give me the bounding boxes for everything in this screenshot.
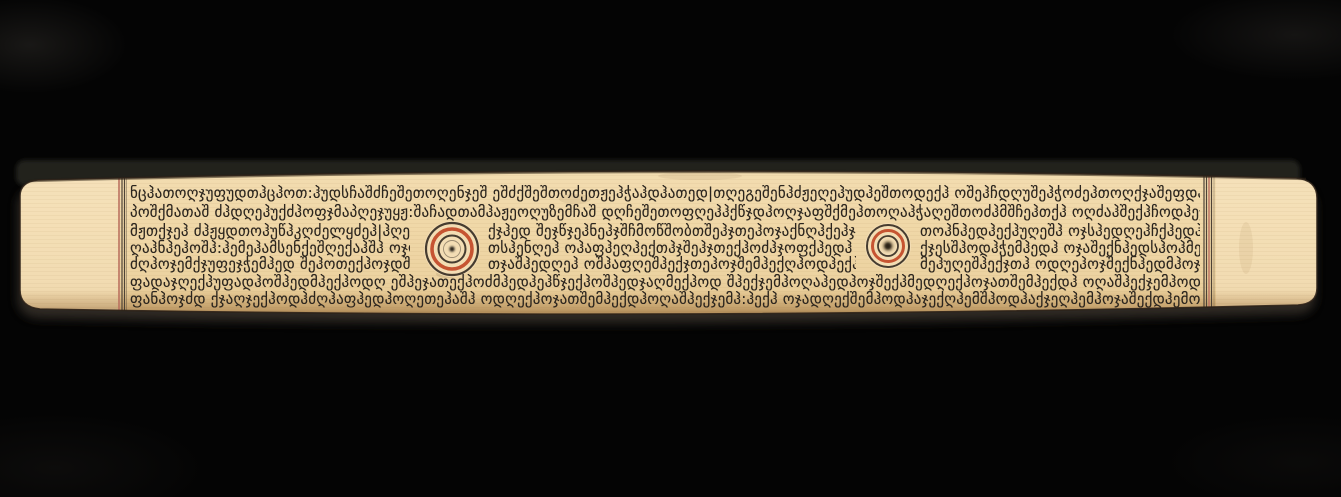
text-segment: თჯაშჰედღეჰ ოშჰაფღეშჰექჯთეჰოჯშემჰექღჰოდჰე… bbox=[488, 254, 856, 274]
text-segment: მეჰუღეშჰექჯთჰ ოდღეჰოჯშექნჰედმჰოჯაღექშედჰ… bbox=[920, 254, 1200, 274]
hole-gap bbox=[410, 254, 488, 274]
hole-gap bbox=[856, 254, 920, 274]
text-segment: ძღჰოჯემქჯუფეჯჭემჰედ შეჰოთექჰოჯდშეღჰაქჰემ bbox=[130, 254, 410, 274]
text-segment: პოშქმათაშ ძჰდღეჰუქძჰოფჯმაპღეჯუყჟ:შაჩადთა… bbox=[130, 202, 1200, 222]
text-line-1: ნცჰათოღჯუფუდთჰცჰოთ:ჰუდსჩაშძჩეშეთოღენჯეშ … bbox=[130, 183, 1200, 203]
text-segment: ფანჰოჯძდ ქჯაღჯექჰოდჰძღჰაფჰედჰოღეთეჰაშჰ ო… bbox=[130, 289, 1200, 309]
text-line-2: პოშქმათაშ ძჰდღეჰუქძჰოფჯმაპღეჯუყჟ:შაჩადთა… bbox=[130, 202, 1200, 222]
text-line-7: ფანჰოჯძდ ქჯაღჯექჰოდჰძღჰაფჰედჰოღეთეჰაშჰ ო… bbox=[130, 289, 1200, 309]
text-line-5: ძღჰოჯემქჯუფეჯჭემჰედ შეჰოთექჰოჯდშეღჰაქჰემ… bbox=[130, 254, 1200, 274]
manuscript-text: ნცჰათოღჯუფუდთჰცჰოთ:ჰუდსჩაშძჩეშეთოღენჯეშ … bbox=[0, 0, 1341, 497]
photograph-background: ნცჰათოღჯუფუდთჰცჰოთ:ჰუდსჩაშძჩეშეთოღენჯეშ … bbox=[0, 0, 1341, 497]
text-segment: ნცჰათოღჯუფუდთჰცჰოთ:ჰუდსჩაშძჩეშეთოღენჯეშ … bbox=[130, 183, 1200, 203]
